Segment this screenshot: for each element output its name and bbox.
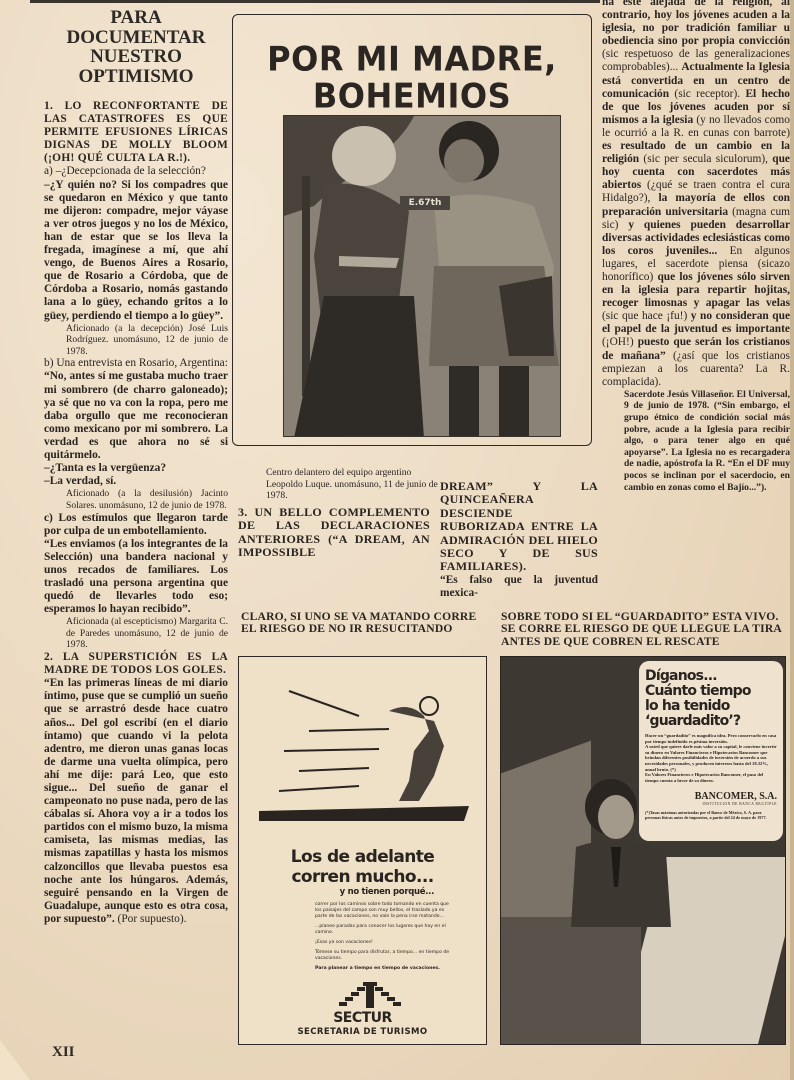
slogan-line-2: corren mucho...	[239, 867, 486, 887]
body-paragraph: Hacer un “guardadito” es magnífica idea.…	[645, 733, 777, 744]
section-2-quote: “En las primeras líneas de mi diario ínt…	[44, 677, 228, 926]
slogan-line-1: Los de adelante	[239, 847, 486, 867]
right-column-source: Sacerdote Jesús Villaseñor. El Universal…	[602, 389, 790, 493]
item-a-quote: –¿Y quién no? Si los compadres que se qu…	[44, 179, 228, 323]
item-c-quote: “Les enviamos (a los integrantes de la S…	[44, 538, 228, 617]
section-1-heading: 1. LO RECONFORTANTE DE LAS CATASTROFES E…	[44, 100, 228, 165]
feature-title: POR MI MADRE, BOHEMIOS	[233, 41, 591, 115]
item-a-source: Aficionado (a la decepción) José Luis Ro…	[44, 323, 228, 358]
folded-corner	[0, 1040, 30, 1080]
body-paragraph: Tómese su tiempo para disfrutar, a tiemp…	[315, 950, 455, 962]
section-3-quote-start: “Es falso que la juventud mexica-	[440, 574, 598, 600]
bancomer-brand-sub: INSTITUCION DE BANCA MULTIPLE	[645, 802, 777, 806]
top-rule	[30, 0, 600, 3]
feature-box: POR MI MADRE, BOHEMIOS	[232, 14, 592, 446]
title-line-2: Cuánto tiempo	[645, 684, 777, 699]
sectur-slogan: Los de adelante corren mucho...	[239, 847, 486, 887]
item-a-question: a) –¿Decepcionada de la selección?	[44, 165, 228, 178]
page-edge	[790, 0, 794, 1080]
bancomer-title: Díganos... Cuánto tiempo lo ha tenido ‘g…	[645, 669, 777, 729]
bancomer-copy-panel: Díganos... Cuánto tiempo lo ha tenido ‘g…	[639, 661, 783, 841]
feature-title-line-1: POR MI MADRE,	[233, 41, 591, 78]
left-column: PARA DOCUMENTAR NUESTRO OPTIMISMO 1. LO …	[44, 8, 228, 926]
body-paragraph: En Valores Financieros e Hipotecarios Ba…	[645, 772, 777, 783]
item-b-quote: “No, antes sí me gustaba mucho traer mi …	[44, 370, 228, 462]
text-fragment: na esté alejada de la religión, al contr…	[602, 0, 790, 47]
running-figure-illustration-icon	[259, 671, 469, 821]
title-line-1: Díganos...	[645, 669, 777, 684]
sectur-ad-heading: CLARO, SI UNO SE VA MATANDO CORRE EL RIE…	[241, 611, 489, 636]
body-paragraph: A usted que quiere darle más valor a su …	[645, 744, 777, 772]
sectur-ad: Los de adelante corren mucho... y no tie…	[238, 656, 487, 1045]
section-2-heading: 2. LA SUPERSTICIÓN ES LA MADRE DE TODOS …	[44, 651, 228, 677]
item-b-source: Aficionado (a la desilusión) Jacinto Sol…	[44, 488, 228, 511]
right-column: na esté alejada de la religión, al contr…	[602, 0, 790, 493]
body-paragraph: ...planee paradas para conocer los lugar…	[315, 924, 455, 936]
bancomer-brand: BANCOMER, S.A.	[645, 791, 777, 802]
body-paragraph: correr por los caminos sobre todo tomand…	[315, 902, 455, 920]
section-2-tail: (Por supuesto).	[118, 913, 187, 925]
photo-two-figures-icon	[284, 116, 561, 437]
bancomer-ad-heading: SOBRE TODO SI EL “GUARDADITO” ESTA VIVO.…	[501, 611, 791, 648]
section-2-quote-text: “En las primeras líneas de mi diario ínt…	[44, 677, 228, 925]
item-c-source: Aficionada (al escepticismo) Margarita C…	[44, 616, 228, 651]
item-b-intro: b) Una entrevista en Rosario, Argentina:	[44, 357, 228, 370]
magazine-page: PARA DOCUMENTAR NUESTRO OPTIMISMO 1. LO …	[0, 0, 794, 1080]
street-sign: E.67th	[400, 196, 450, 210]
bancomer-footnote: (*)Tasas máximas autorizadas por el Banc…	[645, 810, 777, 820]
section-3-heading-b: DREAM” Y LA QUINCEAÑERA DESCIENDE RUBORI…	[440, 480, 598, 574]
section-3-column: 3. UN BELLO COMPLEMENTO DE LAS DECLARACI…	[238, 506, 430, 560]
sectur-body: correr por los caminos sobre todo tomand…	[315, 902, 455, 976]
sectur-pyramid-logo-icon	[337, 982, 403, 1012]
feature-photo: E.67th	[283, 115, 561, 437]
sectur-subslogan: y no tienen porqué...	[340, 887, 434, 897]
bancomer-body: Hacer un “guardadito” es magnífica idea.…	[645, 733, 777, 783]
item-b-answer: –La verdad, sí.	[44, 475, 228, 488]
sectur-brand: SECTUR	[239, 1011, 486, 1025]
editor-aside: (¡OH!)	[602, 336, 638, 348]
bancomer-ad: Díganos... Cuánto tiempo lo ha tenido ‘g…	[500, 656, 786, 1045]
editor-aside: (sic per secula siculorum),	[639, 153, 772, 165]
body-paragraph: ¡Esas ya son vacaciones!	[315, 940, 455, 946]
page-number: XII	[52, 1044, 75, 1061]
section-3-column-2: DREAM” Y LA QUINCEAÑERA DESCIENDE RUBORI…	[440, 470, 598, 600]
item-b-question: –¿Tanta es la vergüenza?	[44, 462, 228, 475]
body-paragraph: Para planear a tiempo en tiempo de vacac…	[315, 966, 455, 972]
box-flap	[501, 917, 641, 1045]
editor-aside: (sic que hace ¡fu!)	[602, 310, 691, 322]
photo-caption: Centro delantero del equipo argentino Le…	[266, 467, 446, 502]
feature-title-line-2: BOHEMIOS	[233, 78, 591, 115]
editor-aside: (sic receptor).	[669, 88, 745, 100]
title-line-3: lo ha tenido	[645, 699, 777, 714]
sectur-brand-sub: SECRETARIA DE TURISMO	[239, 1027, 486, 1037]
item-c-intro: c) Los estímulos que llegaron tarde por …	[44, 512, 228, 538]
right-column-text: na esté alejada de la religión, al contr…	[602, 0, 790, 389]
page-title: PARA DOCUMENTAR NUESTRO OPTIMISMO	[44, 8, 228, 86]
title-line-4: ‘guardadito’?	[645, 714, 777, 729]
section-3-heading-a: 3. UN BELLO COMPLEMENTO DE LAS DECLARACI…	[238, 506, 430, 560]
